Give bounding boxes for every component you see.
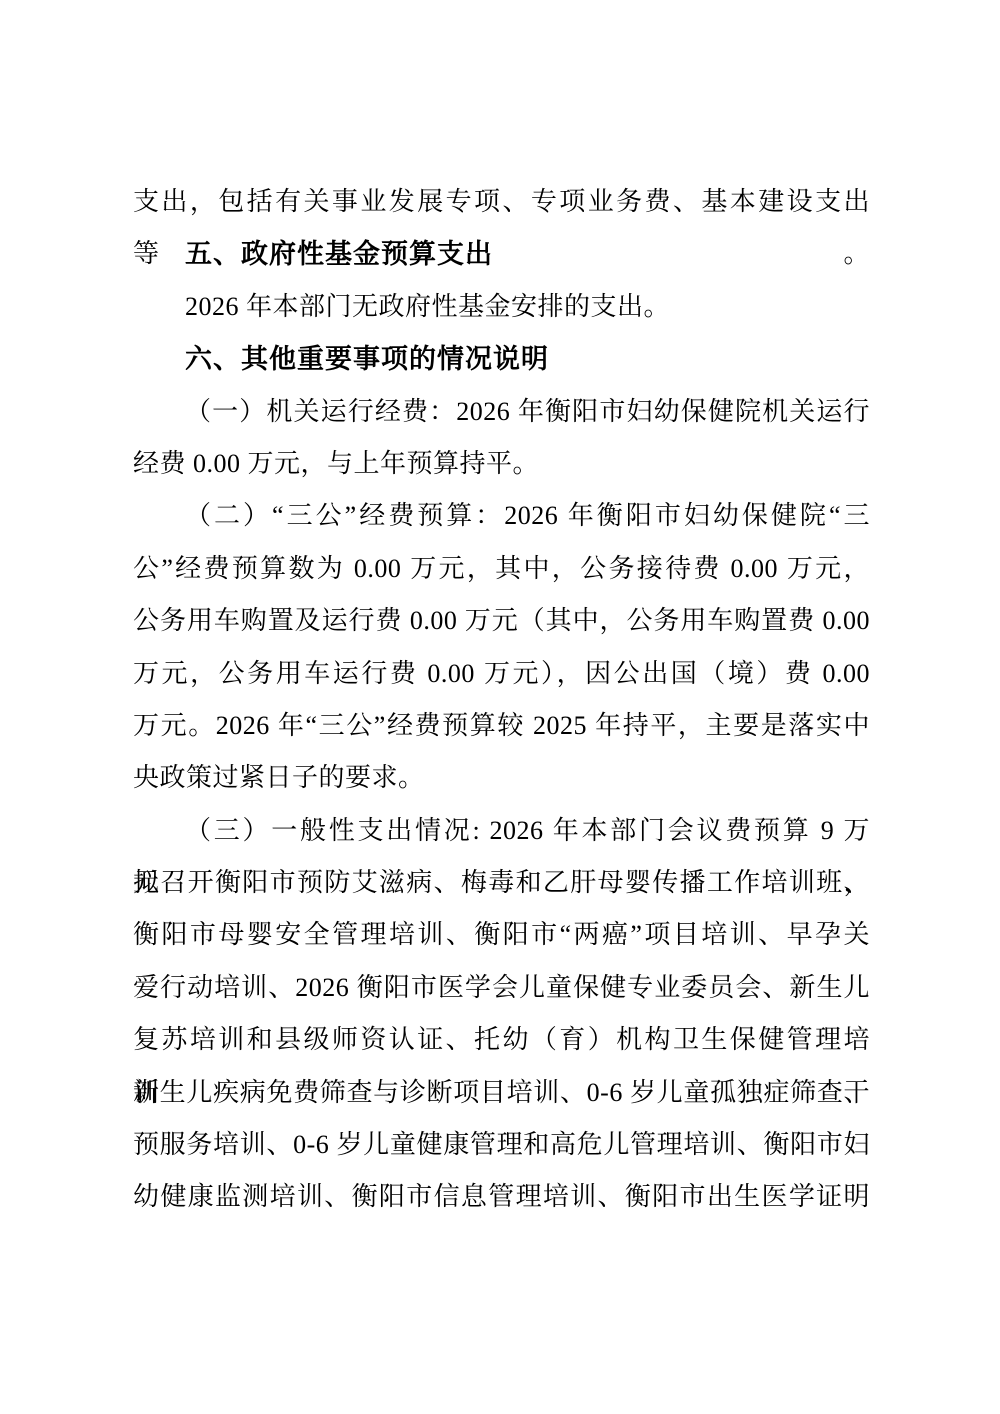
para-general-expense-line-1: （三）一般性支出情况: 2026 年本部门会议费预算 9 万元， (133, 805, 870, 857)
para-gov-fund-line: 2026 年本部门无政府性基金安排的支出。 (133, 281, 870, 333)
heading-section-six: 六、其他重要事项的情况说明 (133, 333, 870, 385)
para-three-public-line-4: 万元，公务用车运行费 0.00 万元），因公出国（境）费 0.00 (133, 648, 870, 700)
para-three-public-line-3: 公务用车购置及运行费 0.00 万元（其中，公务用车购置费 0.00 (133, 595, 870, 647)
para-three-public-line-1: （二）“三公”经费预算：2026 年衡阳市妇幼保健院“三 (133, 490, 870, 542)
para-operating-expense-line-2: 经费 0.00 万元，与上年预算持平。 (133, 438, 870, 490)
para-three-public-line-6: 央政策过紧日子的要求。 (133, 752, 870, 804)
para-general-expense-line-5: 复苏培训和县级师资认证、托幼（育）机构卫生保健管理培训、 (133, 1014, 870, 1066)
para-general-expense-line-4: 爱行动培训、2026 衡阳市医学会儿童保健专业委员会、新生儿 (133, 962, 870, 1014)
para-three-public-line-2: 公”经费预算数为 0.00 万元，其中，公务接待费 0.00 万元， (133, 543, 870, 595)
para-operating-expense-line-1: （一）机关运行经费：2026 年衡阳市妇幼保健院机关运行 (133, 386, 870, 438)
para-general-expense-line-2: 拟召开衡阳市预防艾滋病、梅毒和乙肝母婴传播工作培训班、 (133, 857, 870, 909)
para-general-expense-line-6: 新生儿疾病免费筛查与诊断项目培训、0-6 岁儿童孤独症筛查干 (133, 1067, 870, 1119)
para-three-public-line-5: 万元。2026 年“三公”经费预算较 2025 年持平，主要是落实中 (133, 700, 870, 752)
para-general-expense-line-7: 预服务培训、0-6 岁儿童健康管理和高危儿管理培训、衡阳市妇 (133, 1119, 870, 1171)
para-general-expense-line-3: 衡阳市母婴安全管理培训、衡阳市“两癌”项目培训、早孕关 (133, 909, 870, 961)
para-general-expense-line-8: 幼健康监测培训、衡阳市信息管理培训、衡阳市出生医学证明 (133, 1171, 870, 1223)
document-page: 支出，包括有关事业发展专项、专项业务费、基本建设支出等。 五、政府性基金预算支出… (0, 0, 1000, 1414)
document-text-block: 支出，包括有关事业发展专项、专项业务费、基本建设支出等。 五、政府性基金预算支出… (133, 176, 870, 1224)
para-carryover-line: 支出，包括有关事业发展专项、专项业务费、基本建设支出等。 (133, 176, 870, 228)
